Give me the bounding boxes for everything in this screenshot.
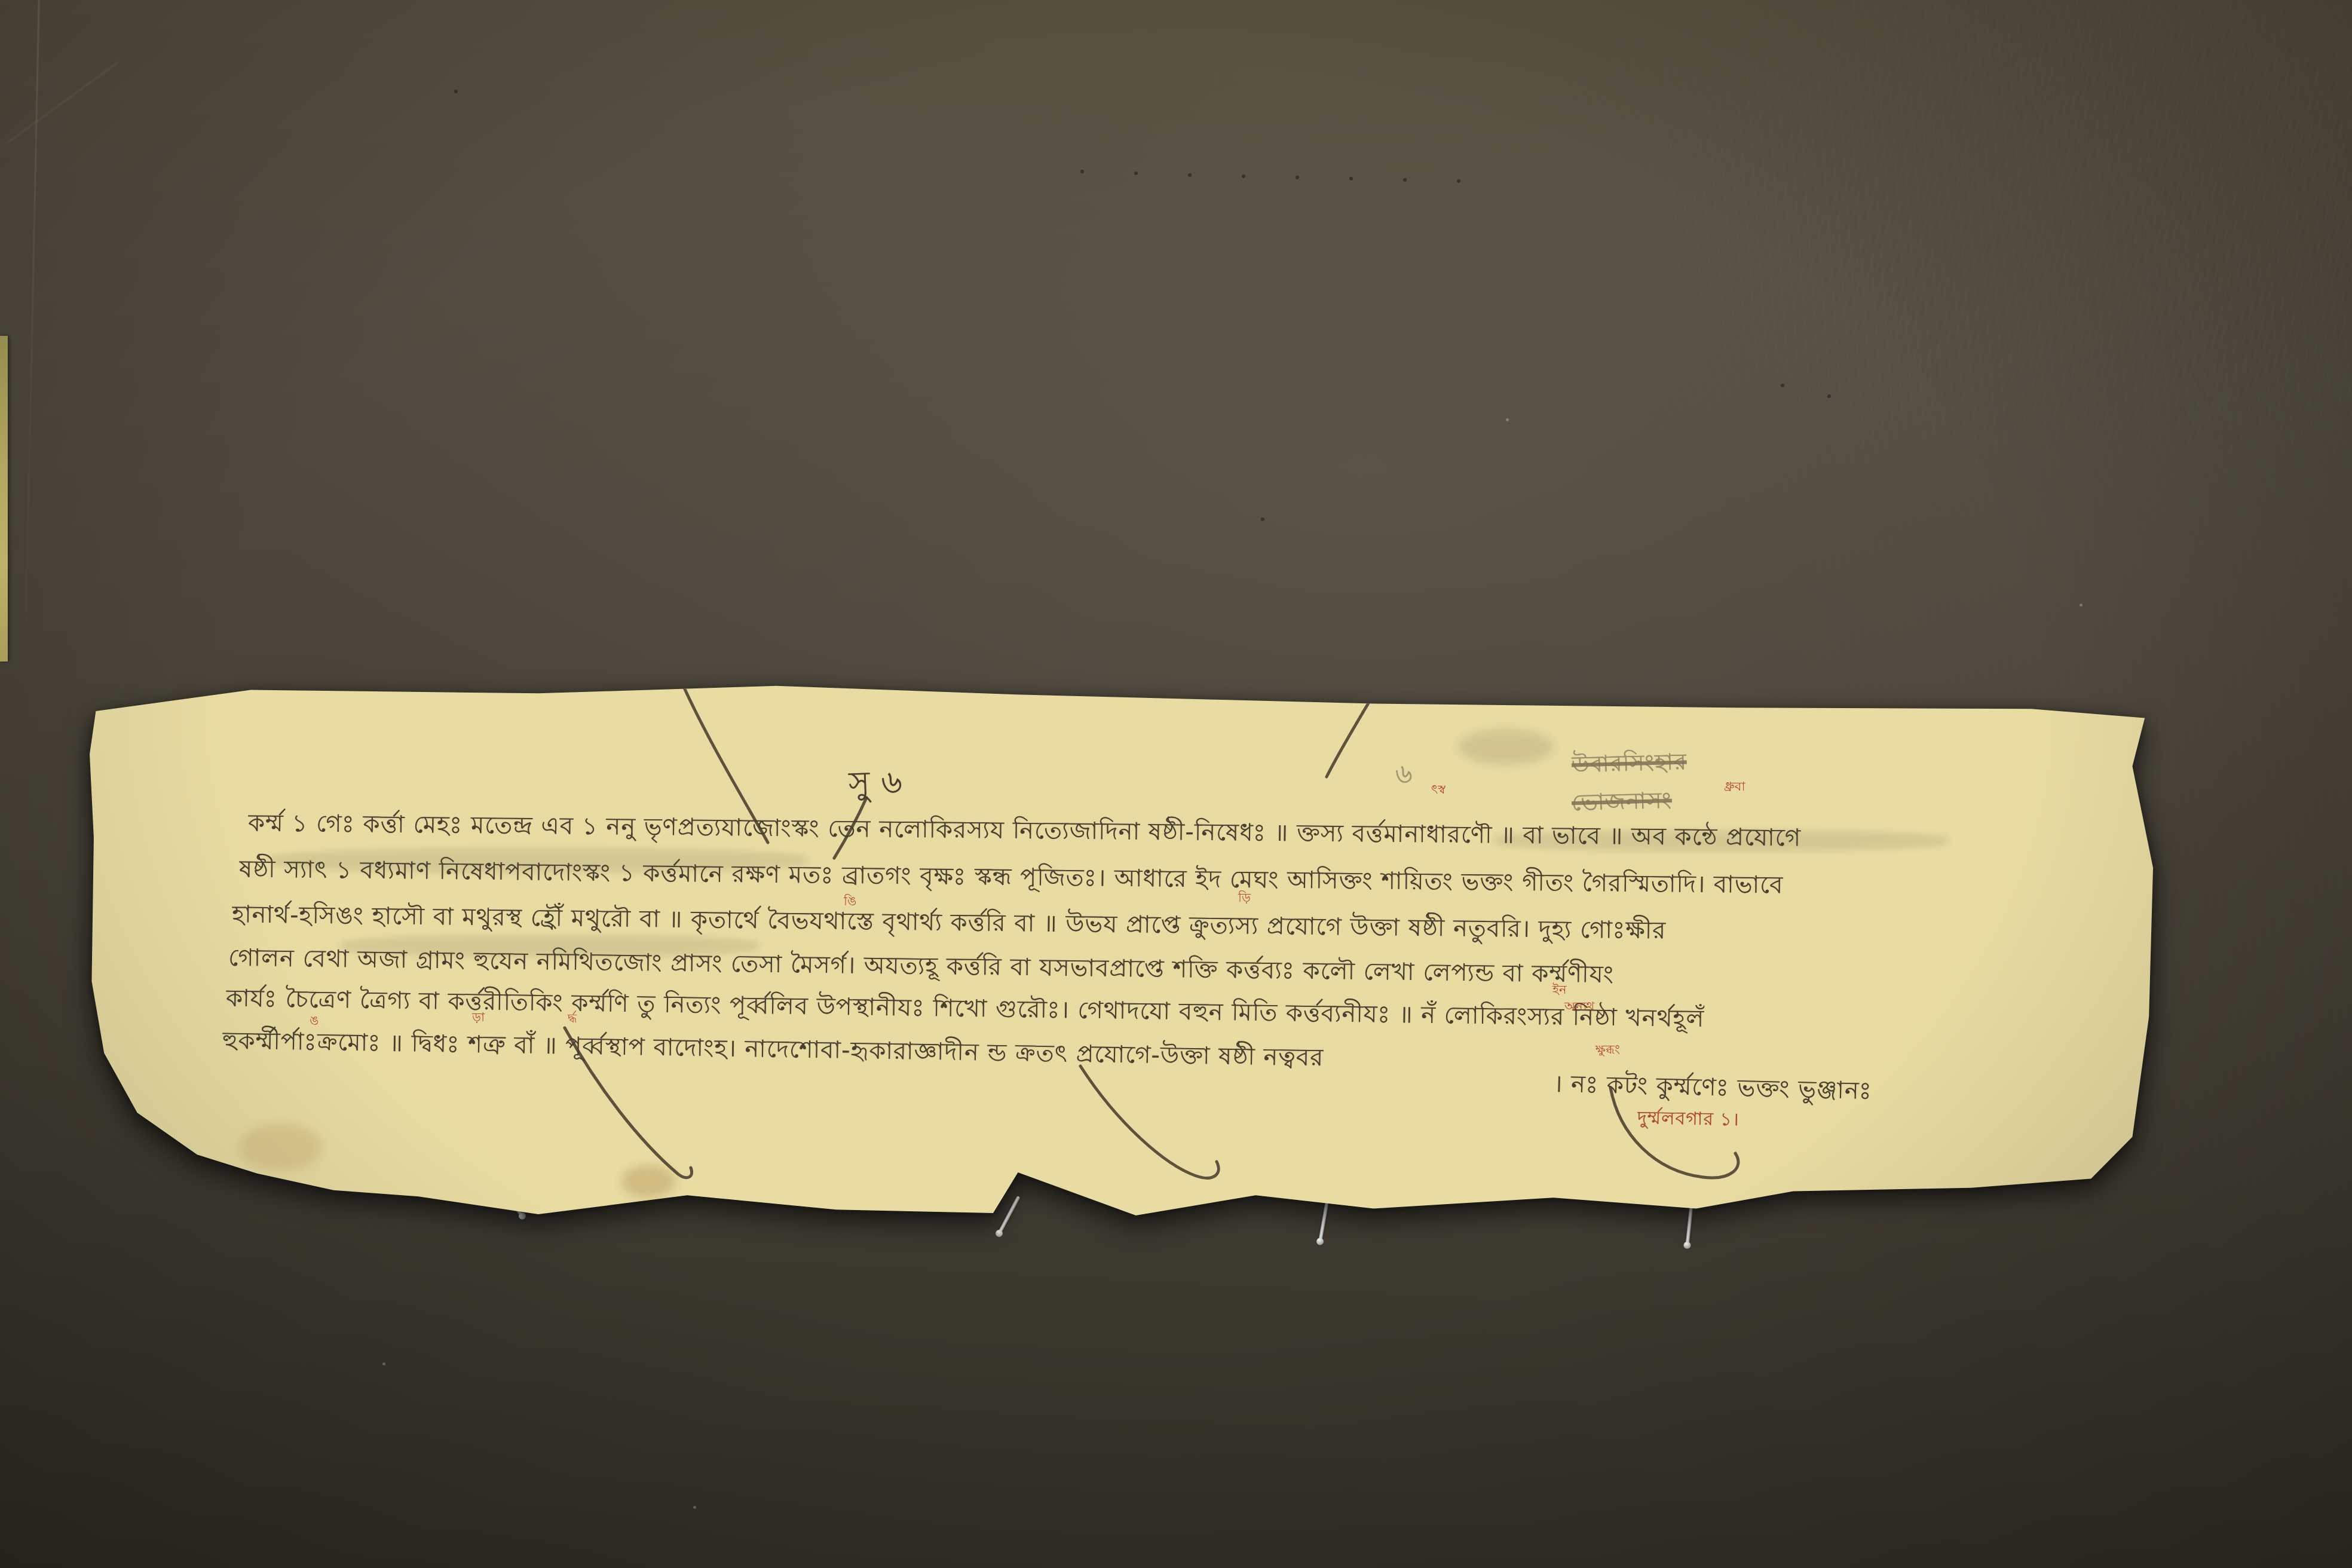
pinhole-dot [1827, 394, 1831, 398]
red-correction-mark: ঙি [844, 892, 856, 912]
paper-stain [1458, 729, 1554, 765]
board-edge-line [24, 0, 41, 687]
red-correction-mark: ৎস্ব [1431, 780, 1445, 801]
manuscript-folio: সু ৬ ৬ উবারসিংহার ভোজনাসং কর্ম্ম ১ গেঃ ক… [90, 669, 2157, 1243]
paper-stain [239, 1123, 323, 1171]
dust-speck [2080, 604, 2082, 607]
page-number-mark: সু ৬ [847, 757, 904, 812]
pinhole-dot [1457, 179, 1460, 183]
red-correction-mark: র্দ্ধ [568, 1009, 577, 1030]
red-correction-mark: ড়ি [1238, 888, 1251, 909]
pinhole-dot [1296, 176, 1299, 179]
pinhole-dot [1261, 517, 1264, 521]
paper-surface: সু ৬ ৬ উবারসিংহার ভোজনাসং কর্ম্ম ১ গেঃ ক… [90, 669, 2157, 1243]
pinhole-dot [1080, 170, 1084, 173]
dust-speck [382, 1362, 385, 1365]
adjacent-folio-edge [0, 336, 8, 661]
red-scribal-annotation: দুর্ম্মলবগার ১। [1637, 1104, 1740, 1136]
pinhole-dot [1242, 174, 1245, 178]
pinhole-dot [454, 90, 458, 93]
backing-board: সু ৬ ৬ উবারসিংহার ভোজনাসং কর্ম্ম ১ গেঃ ক… [0, 0, 2352, 1568]
paper-stain [621, 1165, 675, 1198]
dust-speck [1506, 418, 1509, 421]
dust-speck [693, 1506, 696, 1509]
red-correction-mark: ধ্রুবা [1724, 777, 1745, 798]
pencil-mark: ৬ [1395, 754, 1413, 798]
board-corner-edge [7, 62, 119, 144]
pinhole-dot [1349, 177, 1353, 180]
pinhole-dot [1134, 171, 1138, 175]
pinhole-dot [1781, 384, 1784, 387]
header-note-struck: উবারসিংহার [1571, 744, 1688, 785]
pinhole-dot [1188, 173, 1192, 177]
board-scuff-marks [1456, 0, 2352, 586]
red-correction-mark: ড়া [472, 1007, 485, 1028]
red-correction-mark: ঙ [310, 1011, 318, 1032]
red-correction-mark: অন্যথ [1564, 997, 1594, 1018]
pinhole-dot [1403, 178, 1407, 182]
red-correction-mark: ক্ষুব্ধং [1595, 1040, 1620, 1061]
